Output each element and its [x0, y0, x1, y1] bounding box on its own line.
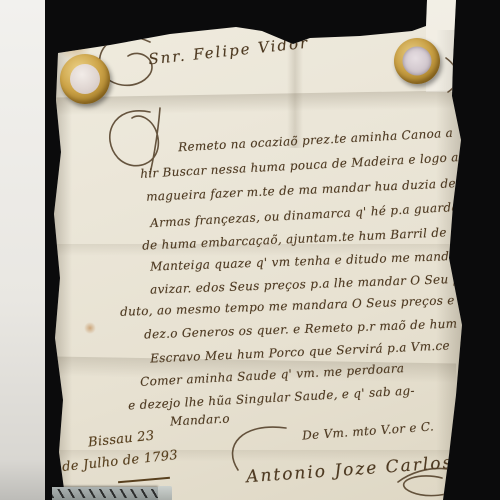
left-coin-center: [70, 64, 100, 94]
stray-ink-stroke: [446, 58, 457, 92]
closing-line: De Vm. mto V.or e C.: [302, 419, 435, 442]
body-line: Remeto na ocaziaõ prez.te aminha Canoa a: [178, 126, 454, 154]
paper-stain: [84, 322, 96, 334]
right-edge-shadow: [436, 30, 462, 500]
body-line: dez.o Generos os quer. e Remeto p.r maõ …: [144, 317, 458, 342]
body-line: hir Buscar nessa huma pouca de Madeira e…: [140, 149, 478, 181]
body-line: Comer aminha Saude q' vm. me perdoara: [140, 361, 405, 389]
signature: Antonio Joze Carlos: [246, 453, 454, 487]
date-underline: [118, 477, 170, 484]
fold-crease: [56, 91, 456, 122]
right-coin: [394, 38, 440, 84]
body-line: Armas françezas, ou dinamarca q' hé p.a …: [150, 200, 459, 230]
body-line: de huma embarcaçaõ, ajuntam.te hum Barri…: [142, 225, 447, 252]
body-line: Mandar.o: [170, 411, 231, 428]
scale-hatch-marks: [52, 489, 158, 498]
flourish-initial-r: [110, 108, 160, 174]
left-edge-shadow: [52, 48, 72, 493]
left-coin: [60, 54, 110, 104]
body-line: e dezejo lhe hũa Singular Saude, e q' sa…: [128, 384, 415, 413]
body-line: duto, ao mesmo tempo me mandara O Seus p…: [120, 293, 455, 319]
right-coin-center: [403, 47, 432, 76]
date-line: de Julho de 1793: [62, 448, 179, 475]
measuring-scale: [52, 487, 158, 500]
body-line: magueira fazer m.te de ma mandar hua duz…: [146, 176, 456, 204]
body-line: avizar. edos Seus preços p.a lhe mandar …: [150, 271, 474, 296]
place-date-line: Bissau 23: [87, 429, 155, 451]
recipient-line: Snr. Felipe Vidor: [148, 34, 310, 69]
body-line: Manteiga quaze q' vm tenha e ditudo me m…: [150, 248, 471, 273]
scale-end-cap: [158, 486, 172, 500]
body-line: Escravo Meu hum Porco que Servirá p.a Vm…: [150, 338, 450, 365]
mat-strip: [0, 0, 45, 500]
photo-of-letter: Snr. Felipe Vidor Remeto na ocaziaõ prez…: [0, 0, 500, 500]
flourish-closing: [233, 427, 286, 470]
